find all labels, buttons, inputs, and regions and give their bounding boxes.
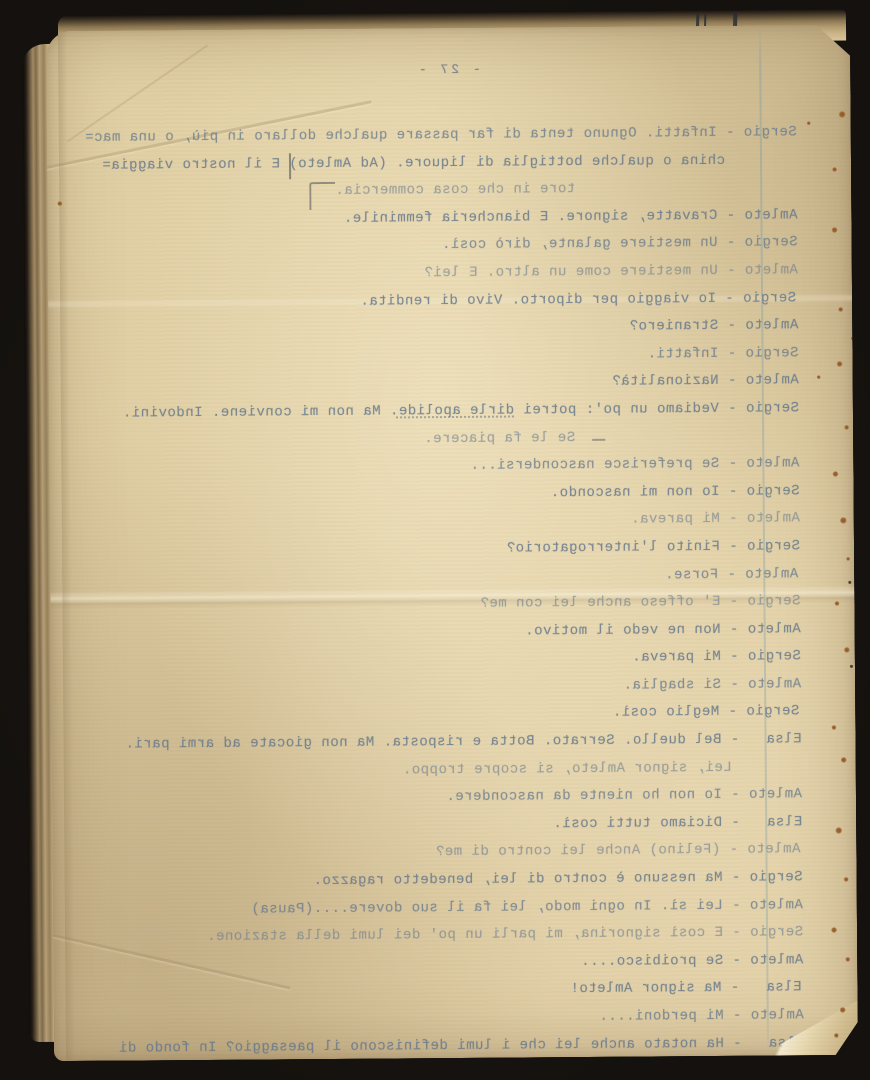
line-text: Si sbaglia. xyxy=(623,677,721,694)
rust-spot xyxy=(839,111,846,118)
line-text: Se le fa piacere. xyxy=(424,430,575,447)
rust-spot xyxy=(832,167,837,172)
speaker-name: Amleto - xyxy=(718,566,798,583)
rust-spot xyxy=(846,557,850,561)
page-number: - 27 - xyxy=(46,59,850,80)
script-body: Sergio - Infatti. Ognuno tenta di far pa… xyxy=(47,119,858,1061)
speaker-name: Sergio - xyxy=(720,593,800,610)
line-text: Un mestiere come un altro. E lei? xyxy=(424,263,718,281)
binding-hole xyxy=(851,337,854,340)
line-text: Lei, signor Amleto, si scopre troppo. xyxy=(402,759,731,778)
rust-spot xyxy=(831,725,836,730)
speaker-name: Amleto - xyxy=(723,897,803,914)
line-text: Non ne vedo il motivo. xyxy=(525,622,721,640)
rust-spot xyxy=(834,601,839,606)
speaker-name: Amleto - xyxy=(718,262,798,279)
line-text: Ma signor Amleto! xyxy=(570,980,721,997)
speaker-name: Elsa - xyxy=(721,731,801,748)
line-text: tore in che cosa commercia. xyxy=(335,181,575,199)
speaker-name: Amleto - xyxy=(718,317,798,334)
line-text: Io non ho niente da nascondere. xyxy=(446,787,722,805)
speaker-name: Amleto - xyxy=(719,455,799,472)
line-text: Lei sì. In ogni modo, lei fa il suo dove… xyxy=(251,898,723,918)
speaker-name: Amleto - xyxy=(720,842,800,859)
binding-hole xyxy=(855,1037,858,1041)
line-text: Io viaggio per diporto. Vivo di rendita. xyxy=(360,290,716,309)
rust-spot xyxy=(844,425,849,430)
scanned-document: - 27 - Sergio - Infatti. Ognuno tenta di… xyxy=(0,0,870,1080)
speaker-name: Sergio - xyxy=(723,924,803,941)
line-text: Mi perdoni.... xyxy=(599,1008,724,1025)
line-text: Se preferisce nascondersi... xyxy=(470,456,719,474)
speaker-name: Sergio - xyxy=(719,400,799,417)
line-text: Forse. xyxy=(665,566,719,582)
rust-spot xyxy=(835,827,842,834)
line-text: Infatti. xyxy=(647,346,718,363)
speaker-name: Sergio - xyxy=(719,704,799,721)
speaker-name: Sergio - xyxy=(716,290,796,307)
rust-spot xyxy=(807,121,811,125)
speaker-name: Elsa - xyxy=(722,814,802,831)
speaker-name: Amleto - xyxy=(722,787,802,804)
rust-spot xyxy=(844,647,850,653)
speaker-name: Amleto - xyxy=(723,952,803,969)
line-text: Cravatte, signore. E biancheria femminil… xyxy=(343,208,717,227)
rust-spot xyxy=(832,227,838,233)
line-text: Straniero? xyxy=(629,318,718,335)
line-text: Ha notato anche lei che i lumi definisco… xyxy=(118,1035,723,1056)
line-text: Nazionalità? xyxy=(612,373,719,390)
line-text: Diciamo tutti così. xyxy=(553,815,722,832)
binding-hole xyxy=(850,665,853,668)
speaker-name: Sergio - xyxy=(718,345,798,362)
binding-hole xyxy=(848,581,851,584)
speaker-name: Sergio - xyxy=(719,483,799,500)
line-text: Mi pareva. xyxy=(632,649,721,666)
rust-spot xyxy=(837,361,843,367)
rust-spot xyxy=(832,471,838,477)
line-text: Un mestiere galante, dirò così. xyxy=(442,235,718,253)
mirrored-typescript: - 27 - Sergio - Infatti. Ognuno tenta di… xyxy=(46,25,858,1061)
script-line: Elsa - Ha notato anche lei che i lumi de… xyxy=(54,1029,858,1061)
line-text: Io non mi nascondo. xyxy=(550,484,719,501)
rust-spot xyxy=(838,307,843,312)
rust-spot xyxy=(834,1033,839,1038)
rust-spot xyxy=(845,957,850,962)
speaker-name: Amleto - xyxy=(719,373,799,390)
speaker-name: Sergio - xyxy=(717,235,797,252)
line-text: Bel duello. Serrato. Botta e risposta. M… xyxy=(125,732,722,753)
rust-spot xyxy=(844,877,849,882)
speaker-name: Sergio - xyxy=(717,124,797,141)
speaker-name: Amleto - xyxy=(724,1007,804,1024)
speaker-name: Amleto - xyxy=(721,621,801,638)
line-text: Vediamo un po': potrei dirle apolide. Ma… xyxy=(122,401,719,422)
speaker-name: Sergio - xyxy=(722,869,802,886)
line-text: Se proibisco.... xyxy=(581,953,724,970)
speaker-name: Amleto - xyxy=(720,511,800,528)
line-text: (Felino) Anche lei contro di me? xyxy=(435,842,720,860)
line-text: Meglio così. xyxy=(612,704,719,721)
line-text: Finito l'interrogatorio? xyxy=(506,539,720,557)
rust-spot xyxy=(840,1007,846,1013)
document-page: - 27 - Sergio - Infatti. Ognuno tenta di… xyxy=(46,25,858,1061)
rust-spot xyxy=(841,757,847,763)
line-text: Ma nessuno è contro di lei, benedetto ra… xyxy=(313,870,723,889)
line-text: E così signorina, mi parli un po' dei lu… xyxy=(207,925,723,945)
rust-spot xyxy=(57,201,62,206)
rust-spot xyxy=(831,927,837,933)
speaker-name: Amleto - xyxy=(721,676,801,693)
speaker-name: Elsa - xyxy=(721,980,801,997)
line-text: E' offeso anche lei con me? xyxy=(480,594,720,612)
rust-spot xyxy=(817,375,821,379)
line-text: Mi pareva. xyxy=(631,511,720,528)
speaker-name: Sergio - xyxy=(721,649,801,666)
speaker-name: Sergio - xyxy=(720,538,800,555)
line-text: Infatti. Ognuno tenta di far passare qua… xyxy=(85,125,717,146)
line-text: china o qualche bottiglia di liquore. (A… xyxy=(102,152,725,173)
speaker-name: Amleto - xyxy=(717,207,797,224)
rust-spot xyxy=(840,517,847,524)
